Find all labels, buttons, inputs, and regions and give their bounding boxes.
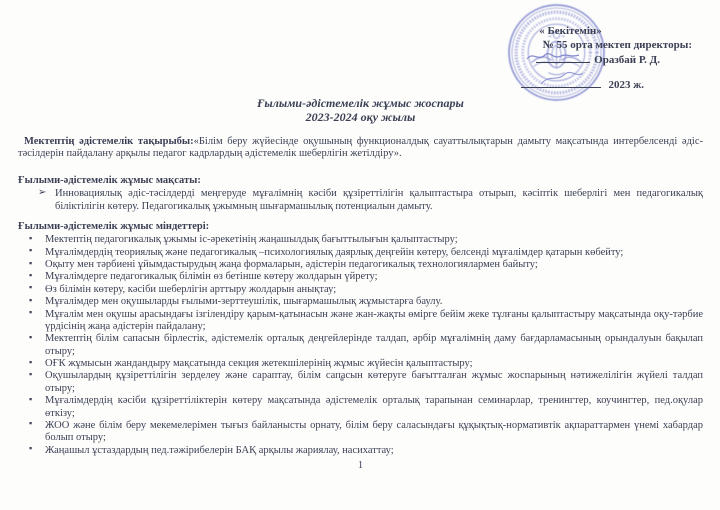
scan-artifact-speck — [340, 378, 344, 381]
task-item-text: Мұғалімдер мен оқушыларды ғылыми-зерттеу… — [45, 296, 442, 307]
arrow-bullet-icon: ➢ — [38, 187, 46, 199]
square-bullet-icon: ▪ — [29, 418, 32, 429]
square-bullet-icon: ▪ — [29, 233, 32, 244]
task-item: ▪Оқушылардың құзіреттілігін зерделеу жән… — [18, 370, 703, 395]
task-item-text: Мектептің педагогикалық ұжымы іс-әрекеті… — [45, 234, 458, 245]
square-bullet-icon: ▪ — [29, 295, 32, 306]
square-bullet-icon: ▪ — [29, 394, 32, 405]
task-item: ▪Мұғалім мен оқушы арасындағы ізгілендір… — [18, 309, 703, 334]
document-page: « Бекітемін» № 55 орта мектеп директоры:… — [0, 0, 720, 510]
task-item: ▪Мектептің білім сапасын бірлестік, әдіс… — [18, 333, 703, 358]
task-item-text: Мұғалімдерге педагогикалық білімін өз бе… — [45, 271, 378, 282]
task-item: ▪Мұғалімдерге педагогикалық білімін өз б… — [18, 271, 703, 283]
document-title: Ғылыми-әдістемелік жұмыс жоспары 2023-20… — [18, 97, 703, 124]
task-item-text: ОҒК жұмысын жандандыру мақсатында секция… — [45, 358, 473, 369]
square-bullet-icon: ▪ — [29, 332, 32, 343]
task-item: ▪Мұғалімдердің кәсіби құзіреттіліктерін … — [18, 395, 703, 420]
task-item: ▪Оқыту мен тәрбиені ұйымдастырудың жаңа … — [18, 259, 703, 271]
square-bullet-icon: ▪ — [29, 282, 32, 293]
square-bullet-icon: ▪ — [29, 270, 32, 281]
task-item-text: Мұғалімдердің теориялық және педагогикал… — [45, 247, 623, 258]
goal-list: ➢Инновациялық әдіс-тәсілдерді меңгеруде … — [18, 188, 703, 213]
title-line-2: 2023-2024 оқу жылы — [18, 111, 703, 125]
tasks-heading: Ғылыми-әдістемелік жұмыс міндеттері: — [18, 221, 703, 233]
tasks-list: ▪Мектептің педагогикалық ұжымы іс-әрекет… — [18, 234, 703, 457]
task-item: ▪Мектептің педагогикалық ұжымы іс-әрекет… — [18, 234, 703, 246]
square-bullet-icon: ▪ — [29, 307, 32, 318]
task-item: ▪Өз білімін көтеру, кәсіби шеберлігін ар… — [18, 284, 703, 296]
task-item-text: Өз білімін көтеру, кәсіби шеберлігін арт… — [45, 284, 336, 295]
square-bullet-icon: ▪ — [29, 369, 32, 380]
task-item-text: ЖОО және білім беру мекемелерімен тығыз … — [45, 420, 703, 443]
task-item-text: Жаңашыл ұстаздардың пед.тәжірибелерін БА… — [45, 445, 394, 456]
task-item: ▪Мұғалімдер мен оқушыларды ғылыми-зертте… — [18, 296, 703, 308]
task-item: ▪ОҒК жұмысын жандандыру мақсатында секци… — [18, 358, 703, 370]
task-item: ▪Мұғалімдердің теориялық және педагогика… — [18, 247, 703, 259]
task-item: ▪Жаңашыл ұстаздардың пед.тәжірибелерін Б… — [18, 445, 703, 457]
square-bullet-icon: ▪ — [29, 443, 32, 454]
task-item-text: Оқыту мен тәрбиені ұйымдастырудың жаңа ф… — [45, 259, 538, 270]
task-item-text: Мектептің білім сапасын бірлестік, әдіст… — [45, 333, 703, 356]
task-item-text: Оқушылардың құзіреттілігін зерделеу және… — [45, 370, 703, 393]
topic-label: Мектептің әдістемелік тақырыбы: — [24, 136, 194, 147]
document-content: Ғылыми-әдістемелік жұмыс жоспары 2023-20… — [0, 0, 720, 472]
square-bullet-icon: ▪ — [29, 357, 32, 368]
page-number: 1 — [18, 460, 703, 472]
school-methodical-topic: Мектептің әдістемелік тақырыбы:«Білім бе… — [18, 136, 703, 161]
goal-heading: Ғылыми-әдістемелік жұмыс мақсаты: — [18, 175, 703, 187]
task-item: ▪ЖОО және білім беру мекемелерімен тығыз… — [18, 420, 703, 445]
goal-item: ➢Инновациялық әдіс-тәсілдерді меңгеруде … — [18, 188, 703, 213]
square-bullet-icon: ▪ — [29, 258, 32, 269]
square-bullet-icon: ▪ — [29, 245, 32, 256]
title-line-1: Ғылыми-әдістемелік жұмыс жоспары — [18, 97, 703, 111]
task-item-text: Мұғалімдердің кәсіби құзіреттіліктерін к… — [45, 395, 703, 418]
task-item-text: Мұғалім мен оқушы арасындағы ізгілендіру… — [45, 309, 703, 332]
goal-item-text: Инновациялық әдіс-тәсілдерді меңгеруде м… — [55, 188, 703, 211]
